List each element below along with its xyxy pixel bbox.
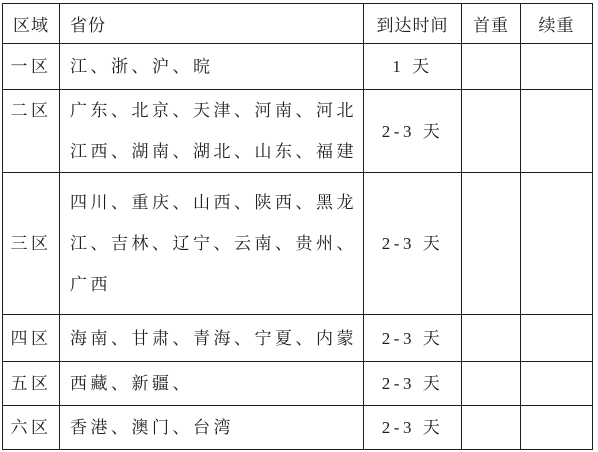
additional-weight-cell <box>521 406 593 450</box>
zone-cell: 五区 <box>3 362 60 406</box>
province-line: 江、浙、沪、晥 <box>70 46 359 87</box>
table-row-zone-4: 四区 海南、甘肃、青海、宁夏、内蒙 2-3 天 <box>3 315 593 362</box>
province-line: 西藏、新疆、 <box>70 363 359 404</box>
table-row-zone-6: 六区 香港、澳门、台湾 2-3 天 <box>3 406 593 450</box>
provinces-cell: 海南、甘肃、青海、宁夏、内蒙 <box>60 315 364 362</box>
additional-weight-cell <box>521 362 593 406</box>
first-weight-cell <box>462 406 521 450</box>
header-cell-first-weight: 首重 <box>462 4 521 44</box>
zone-cell: 四区 <box>3 315 60 362</box>
header-cell-province: 省份 <box>60 4 364 44</box>
arrival-time-cell: 2-3 天 <box>364 362 462 406</box>
shipping-zones-table: 区域 省份 到达时间 首重 续重 一区 江、浙、沪、晥 1 天 二区 广东、北京… <box>2 3 593 450</box>
provinces-cell: 江、浙、沪、晥 <box>60 44 364 90</box>
arrival-time-cell: 2-3 天 <box>364 173 462 315</box>
table-row-zone-3: 三区 四川、重庆、山西、陕西、黑龙 江、吉林、辽宁、云南、贵州、 广西 2-3 … <box>3 173 593 315</box>
province-line: 香港、澳门、台湾 <box>70 407 359 448</box>
first-weight-cell <box>462 362 521 406</box>
first-weight-cell <box>462 44 521 90</box>
table-row-zone-1: 一区 江、浙、沪、晥 1 天 <box>3 44 593 90</box>
zone-cell: 三区 <box>3 173 60 315</box>
additional-weight-cell <box>521 173 593 315</box>
province-line: 四川、重庆、山西、陕西、黑龙 <box>70 182 359 223</box>
arrival-time-cell: 2-3 天 <box>364 90 462 173</box>
header-cell-arrival-time: 到达时间 <box>364 4 462 44</box>
table-row-zone-2: 二区 广东、北京、天津、河南、河北 江西、湖南、湖北、山东、福建 2-3 天 <box>3 90 593 173</box>
province-line: 海南、甘肃、青海、宁夏、内蒙 <box>70 318 359 359</box>
zone-cell: 二区 <box>3 90 60 173</box>
provinces-cell: 四川、重庆、山西、陕西、黑龙 江、吉林、辽宁、云南、贵州、 广西 <box>60 173 364 315</box>
zone-cell: 一区 <box>3 44 60 90</box>
additional-weight-cell <box>521 315 593 362</box>
province-line: 广西 <box>70 264 359 305</box>
header-row: 区域 省份 到达时间 首重 续重 <box>3 4 593 44</box>
header-cell-additional-weight: 续重 <box>521 4 593 44</box>
first-weight-cell <box>462 315 521 362</box>
arrival-time-cell: 2-3 天 <box>364 406 462 450</box>
provinces-cell: 西藏、新疆、 <box>60 362 364 406</box>
provinces-cell: 广东、北京、天津、河南、河北 江西、湖南、湖北、山东、福建 <box>60 90 364 173</box>
provinces-cell: 香港、澳门、台湾 <box>60 406 364 450</box>
document-page: 区域 省份 到达时间 首重 续重 一区 江、浙、沪、晥 1 天 二区 广东、北京… <box>0 0 598 452</box>
province-line: 广东、北京、天津、河南、河北 <box>70 90 359 131</box>
zone-cell: 六区 <box>3 406 60 450</box>
first-weight-cell <box>462 90 521 173</box>
table-row-zone-5: 五区 西藏、新疆、 2-3 天 <box>3 362 593 406</box>
first-weight-cell <box>462 173 521 315</box>
arrival-time-cell: 2-3 天 <box>364 315 462 362</box>
province-line: 江西、湖南、湖北、山东、福建 <box>70 131 359 172</box>
header-cell-region: 区域 <box>3 4 60 44</box>
province-line: 江、吉林、辽宁、云南、贵州、 <box>70 223 359 264</box>
additional-weight-cell <box>521 90 593 173</box>
additional-weight-cell <box>521 44 593 90</box>
arrival-time-cell: 1 天 <box>364 44 462 90</box>
